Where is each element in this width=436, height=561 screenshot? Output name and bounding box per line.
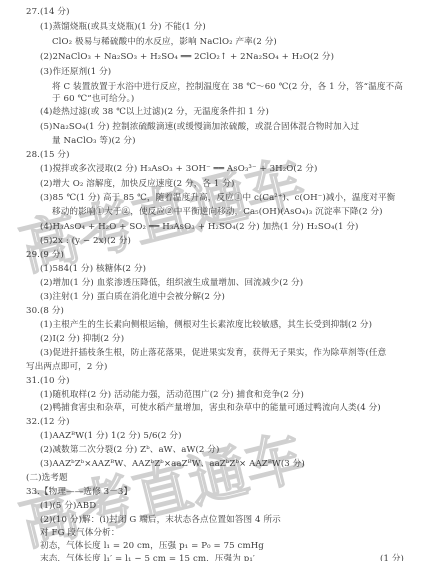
answer-line: 将 C 装置放置于水浴中进行反应，控制温度在 38 ℃～60 ℃(2 分，各 1… xyxy=(52,82,403,93)
answer-line: 30.(8 分) xyxy=(26,306,64,317)
answer-line: (3)作还原剂(1 分) xyxy=(40,67,111,78)
answer-line: (2)增大 O₂ 溶解度，加快反应速度(2 分，各 1 分) xyxy=(40,179,234,190)
answer-line: (4)趁热过滤(或 38 ℃以上过滤)(2 分，无温度条件扣 1 分) xyxy=(40,107,269,118)
answer-line: 初态，气体长度 l₁ = 20 cm，压强 p₁ = P₀ = 75 cmHg xyxy=(40,541,264,552)
answer-sheet-page: 高考直通车高考直通车27.(14 分)(1)蒸馏烧瓶(或具支烧瓶)(1 分) 不… xyxy=(0,0,436,561)
answer-line: 33.【物理——选修 3－3】 xyxy=(26,487,132,498)
score-mark: (1 分) xyxy=(380,554,404,561)
answer-line: 写出两点即可，2 分) xyxy=(26,362,107,373)
answer-line: 量 NaClO₃ 等)(2 分) xyxy=(52,136,136,147)
answer-line: 28.(15 分) xyxy=(26,150,70,161)
answer-line: 移动的影响①大于②，使反应②中平衡逆向移动，Ca₅(OH)(AsO₄)₃ 沉淀率… xyxy=(52,207,383,218)
answer-line: 31.(10 分) xyxy=(26,376,70,387)
answer-line: 对 FG 段气体分析： xyxy=(40,528,120,539)
answer-line: 27.(14 分) xyxy=(26,7,70,18)
answer-line: 于 60 ℃”也可给分。) xyxy=(52,94,134,105)
answer-line: (2)Ⅰ(2 分) 抑制(2 分) xyxy=(40,334,124,345)
answer-line: (2)2NaClO₃ + Na₂SO₃ + H₂SO₄ ══ 2ClO₂↑ + … xyxy=(40,52,334,63)
answer-line: (1)主根产生的生长素向侧根运输，侧根对生长素浓度比较敏感，其生长受到抑制(2 … xyxy=(40,320,372,331)
answer-line: (二)选考题 xyxy=(26,473,68,484)
answer-line: (5)Na₂SO₄(1 分) 控制浓硫酸滴速(或缓慢滴加浓硫酸，或混合固体混合物… xyxy=(40,122,359,133)
answer-line: (1)(5 分)ABD xyxy=(40,501,96,512)
answer-line: ClO₂ 极易与稀硫酸中的水反应，影响 NaClO₂ 产率(2 分) xyxy=(52,37,277,48)
answer-line: (1)AAZᴮW(1 分) 1(2 分) 5/6(2 分) xyxy=(40,431,182,442)
answer-line: (2)增加(1 分) 血浆渗透压降低，组织液生成量增加、回流减少(2 分) xyxy=(40,278,303,289)
answer-line: (1)584(1 分) 核糖体(2 分) xyxy=(40,264,146,275)
answer-line: (1)蒸馏烧瓶(或具支烧瓶)(1 分) 不能(1 分) xyxy=(40,22,206,33)
answer-line: (3)AAZᵇZᵇ×AAZᴮW、AAZᵇZᵇ×aaZᴮW、aaZᵇZᵇ× AAZ… xyxy=(40,459,305,470)
answer-line: (1)搅拌或多次浸取(2 分) H₃AsO₃ + 3OH⁻ ══ AsO₃³⁻ … xyxy=(40,164,317,175)
answer-line: (3)促进扦插枝条生根，防止落花落果，促进果实发育，获得无子果实，作为除草剂等(… xyxy=(40,348,386,359)
answer-line: 末态，气体长度 l₁′ = l₁ − 5 cm = 15 cm，压强为 p₁′ xyxy=(40,554,255,561)
answer-line: (3)注射(1 分) 蛋白质在消化道中会被分解(2 分) xyxy=(40,292,225,303)
answer-line: (2)(10 分)解：(i)封闭 G 端后，末状态各点位置如答图 4 所示 xyxy=(40,515,281,526)
answer-line: 32.(12 分) xyxy=(26,417,70,428)
answer-line: 29.(9 分) xyxy=(26,250,64,261)
answer-line: (2)减数第二次分裂(2 分) Zᵇ、aW、aW(2 分) xyxy=(40,445,219,456)
answer-line: (5)2x : (y − 2x)(2 分) xyxy=(40,236,131,247)
answer-line: (2)鸭捕食害虫和杂草，可使水稻产量增加，害虫和杂草中的能量可通过鸭流向人类(4… xyxy=(40,403,381,414)
answer-line: (4)H₃AsO₄ + H₂O + SO₂ ══ H₃AsO₃ + H₂SO₄(… xyxy=(40,222,359,233)
answer-line: (3)85 ℃(1 分) 高于 85 ℃，随着温度升高，反应①中 c(Ca²⁺)… xyxy=(40,193,395,204)
answer-line: (1)随机取样(2 分) 活动能力强，活动范围广(2 分) 捕食和竞争(2 分) xyxy=(40,390,304,401)
